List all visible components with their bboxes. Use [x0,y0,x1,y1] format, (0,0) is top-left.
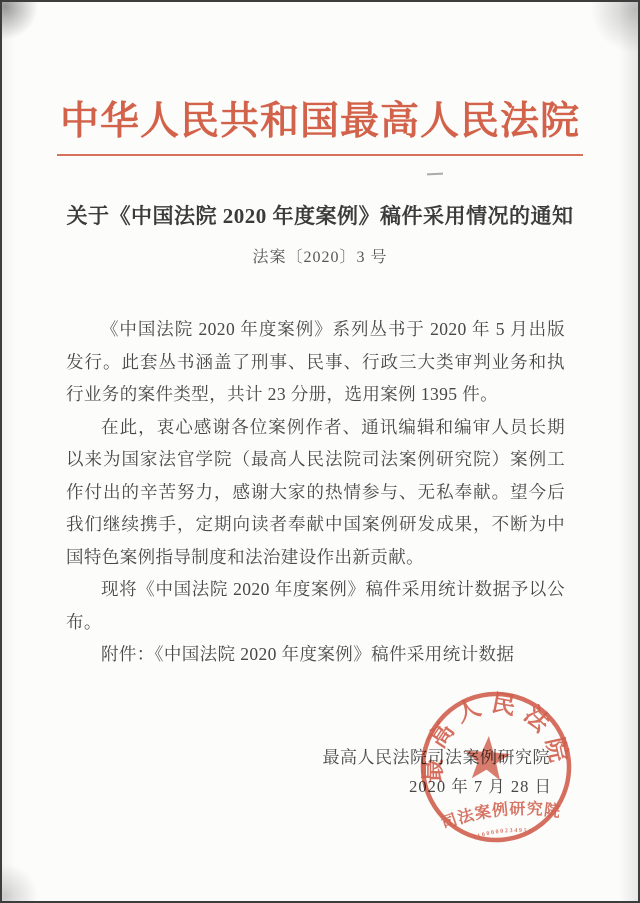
seal-inner-text: 司法案例研究院 [438,794,565,834]
body-paragraph: 《中国法院 2020 年度案例》系列丛书于 2020 年 5 月出版发行。此套丛… [66,313,565,411]
notice-body: 《中国法院 2020 年度案例》系列丛书于 2020 年 5 月出版发行。此套丛… [66,313,565,671]
body-paragraph: 在此，衷心感谢各位案例作者、通讯编辑和编审人员长期以来为国家法官学院（最高人民法… [66,411,565,574]
seal-star-icon [463,734,512,780]
document-number: 法案〔2020〕3 号 [2,246,638,270]
letterhead-rule [57,154,583,156]
letterhead-title: 中华人民共和国最高人民法院 [2,2,638,145]
scan-fleck [427,173,443,176]
svg-text:司法案例研究院: 司法案例研究院 [438,794,565,834]
attachment-line: 附件：《中国法院 2020 年度案例》稿件采用统计数据 [66,638,565,671]
document-page: 中华人民共和国最高人民法院 关于《中国法院 2020 年度案例》稿件采用情况的通… [0,0,640,903]
notice-title: 关于《中国法院 2020 年度案例》稿件采用情况的通知 [22,200,618,232]
official-seal: 最高人民法院 司法案例研究院 1100000234951 [410,681,581,852]
body-paragraph: 现将《中国法院 2020 年度案例》稿件采用统计数据予以公布。 [66,573,565,638]
